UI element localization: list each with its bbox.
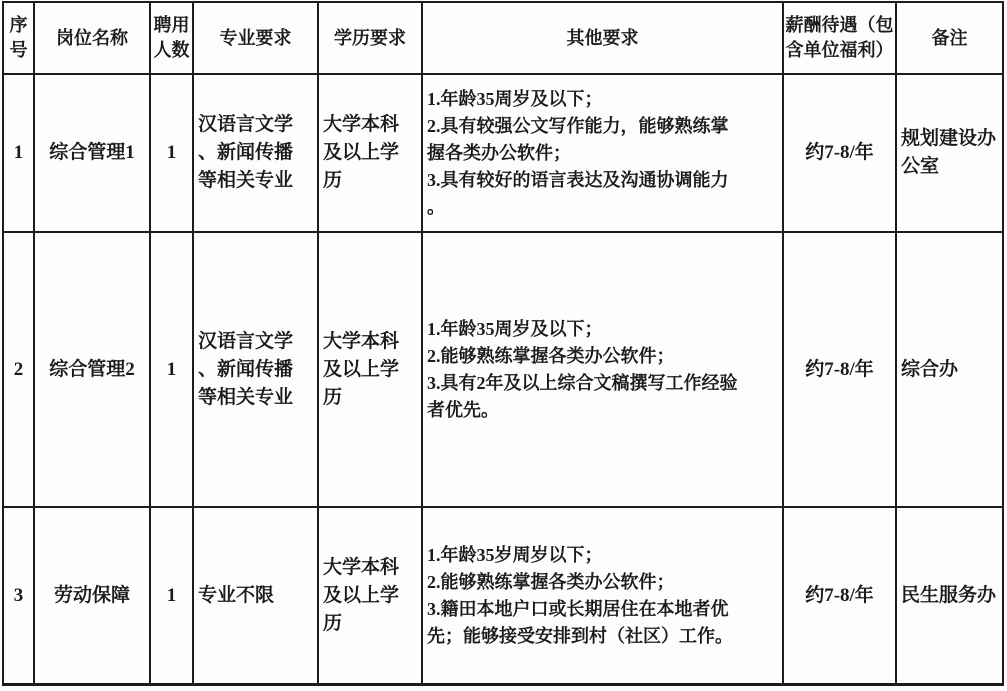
- cell-note: 规划建设办 公室: [897, 75, 1002, 231]
- header-col-position-name: 岗位名称: [35, 3, 149, 73]
- header-col-remarks: 备注: [897, 3, 1002, 73]
- cell-position: 综合管理2: [35, 233, 149, 506]
- cell-major: 专业不限: [194, 508, 317, 683]
- cell-no: 1: [4, 75, 33, 231]
- cell-salary: 约7-8/年: [784, 508, 895, 683]
- cell-salary: 约7-8/年: [784, 75, 895, 231]
- header-col-major-req: 专业要求: [194, 3, 317, 73]
- cell-other: 1.年龄35周岁及以下； 2.具有较强公文写作能力，能够熟练掌 握各类办公软件；…: [423, 75, 782, 231]
- cell-note: 综合办: [897, 233, 1002, 506]
- cell-education: 大学本科 及以上学 历: [319, 508, 421, 683]
- header-col-salary: 薪酬待遇（包 含单位福利）: [784, 3, 895, 73]
- cell-education: 大学本科 及以上学 历: [319, 75, 421, 231]
- header-col-education-req: 学历要求: [319, 3, 421, 73]
- cell-count: 1: [151, 508, 192, 683]
- cell-no: 2: [4, 233, 33, 506]
- cell-salary: 约7-8/年: [784, 233, 895, 506]
- cell-major: 汉语言文学 、新闻传播 等相关专业: [194, 75, 317, 231]
- cell-other: 1.年龄35岁周岁以下； 2.能够熟练掌握各类办公软件； 3.籍田本地户口或长期…: [423, 508, 782, 683]
- cell-education: 大学本科 及以上学 历: [319, 233, 421, 506]
- cell-note: 民生服务办: [897, 508, 1002, 683]
- cell-major: 汉语言文学 、新闻传播 等相关专业: [194, 233, 317, 506]
- cell-position: 综合管理1: [35, 75, 149, 231]
- header-col-no: 序 号: [4, 3, 33, 73]
- cell-other: 1.年龄35周岁及以下； 2.能够熟练掌握各类办公软件； 3.具有2年及以上综合…: [423, 233, 782, 506]
- cell-position: 劳动保障: [35, 508, 149, 683]
- cell-no: 3: [4, 508, 33, 683]
- cell-count: 1: [151, 233, 192, 506]
- cell-count: 1: [151, 75, 192, 231]
- header-col-hire-count: 聘用 人数: [151, 3, 192, 73]
- header-col-other-req: 其他要求: [423, 3, 782, 73]
- recruitment-table: 序 号 岗位名称 聘用 人数 专业要求 学历要求 其他要求 薪酬待遇（包 含单位…: [2, 1, 1004, 686]
